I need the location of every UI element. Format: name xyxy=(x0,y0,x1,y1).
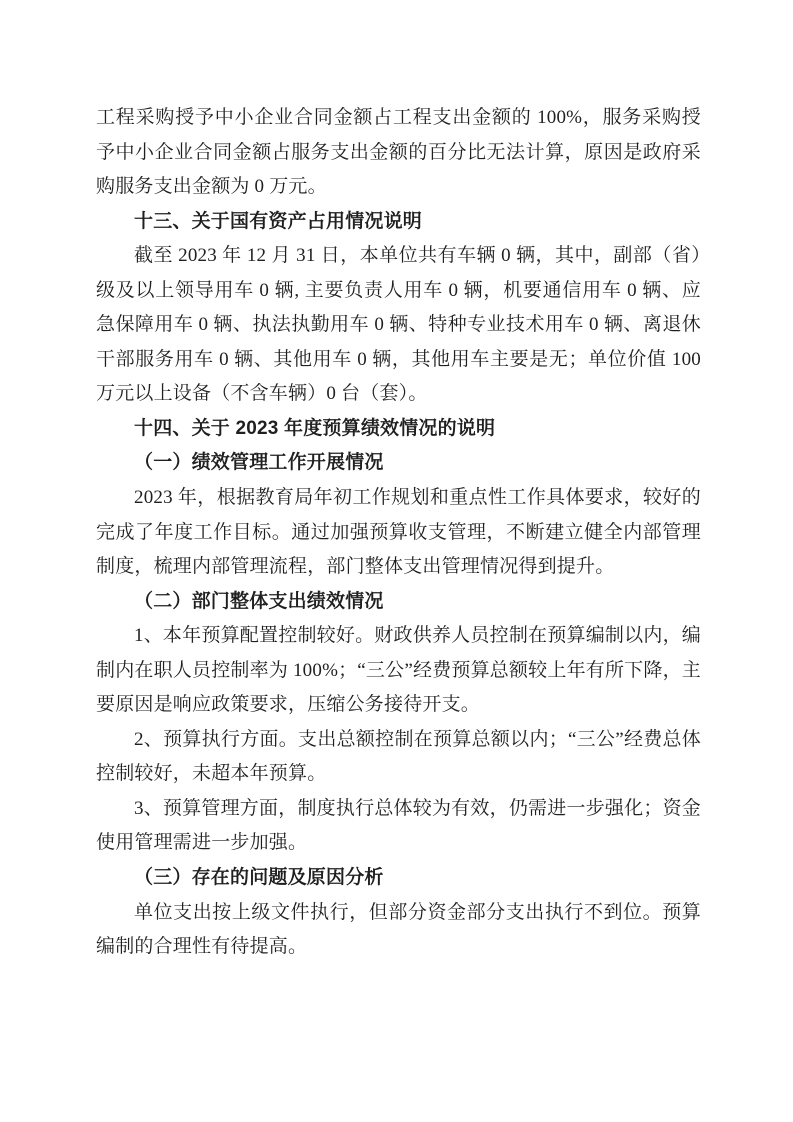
section-heading-14-budget-performance: 十四、关于 2023 年度预算绩效情况的说明 xyxy=(96,412,701,447)
body-paragraph-performance-management: 2023 年，根据教育局年初工作规划和重点性工作具体要求，较好的完成了年度工作目… xyxy=(96,481,701,585)
body-paragraph-vehicles: 截至 2023 年 12 月 31 日，本单位共有车辆 0 辆，其中，副部（省）… xyxy=(96,239,701,412)
section-heading-13-state-assets: 十三、关于国有资产占用情况说明 xyxy=(96,205,701,240)
document-page: 工程采购授予中小企业合同金额占工程支出金额的 100%，服务采购授予中小企业合同… xyxy=(0,0,793,1122)
subsection-heading-3-problems-analysis: （三）存在的问题及原因分析 xyxy=(96,861,701,896)
body-paragraph-procurement: 工程采购授予中小企业合同金额占工程支出金额的 100%，服务采购授予中小企业合同… xyxy=(96,101,701,205)
body-paragraph-item-3-budget-management: 3、预算管理方面，制度执行总体较为有效，仍需进一步强化；资金使用管理需进一步加强… xyxy=(96,792,701,861)
subsection-heading-1-performance-management: （一）绩效管理工作开展情况 xyxy=(96,446,701,481)
body-paragraph-problems: 单位支出按上级文件执行，但部分资金部分支出执行不到位。预算编制的合理性有待提高。 xyxy=(96,896,701,965)
body-paragraph-item-2-budget-execution: 2、预算执行方面。支出总额控制在预算总额以内；“三公”经费总体控制较好，未超本年… xyxy=(96,723,701,792)
body-paragraph-item-1-budget-allocation: 1、本年预算配置控制较好。财政供养人员控制在预算编制以内，编制内在职人员控制率为… xyxy=(96,619,701,723)
subsection-heading-2-overall-expenditure: （二）部门整体支出绩效情况 xyxy=(96,585,701,620)
